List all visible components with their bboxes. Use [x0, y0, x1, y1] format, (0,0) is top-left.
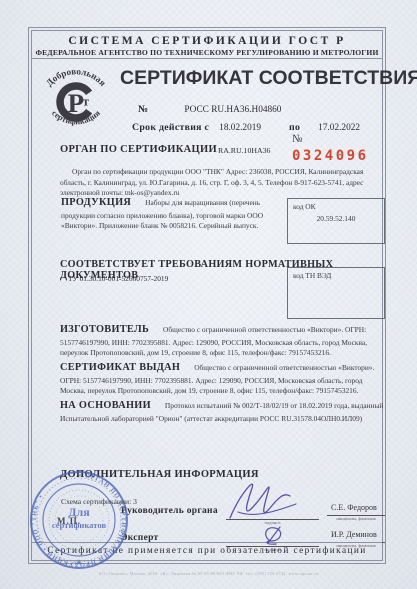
header-agency-line: ФЕДЕРАЛЬНОЕ АГЕНТСТВО ПО ТЕХНИЧЕСКОМУ РЕ…: [32, 48, 382, 57]
cert-number-row: № РОСС RU.НА36.Н04860: [138, 99, 281, 117]
round-stamp: • ОРГАН ПО СЕРТИФИКАЦИИ ПРОДУКЦИИ • ООО …: [24, 464, 134, 576]
certificate-scan: { "header": { "system": "СИСТЕМА СЕРТИФИ…: [0, 0, 417, 589]
product-label: ПРОДУКЦИЯ: [61, 197, 131, 208]
stamp-star-icon: ★: [75, 558, 82, 567]
certificate-title: СЕРТИФИКАТ СООТВЕТСТВИЯ: [120, 67, 388, 90]
stamp-center-line2: сертификатов: [52, 520, 107, 530]
head-signature-ink-icon: [212, 474, 327, 524]
code-ok-value: 20.59.52.140: [293, 214, 379, 223]
cert-number-value: РОСС RU.НА36.Н04860: [184, 105, 281, 115]
code-tnved-box: код ТН ВЭД: [287, 267, 385, 319]
valid-from-date: 18.02.2019: [219, 123, 261, 133]
form-number: № 0324096: [292, 129, 382, 165]
svg-text:Р: Р: [68, 88, 84, 118]
code-ok-label: код ОК: [293, 202, 316, 211]
basis-section: НА ОСНОВАНИИПротокол испытаний № 002/Т-1…: [60, 399, 386, 424]
product-section: ПРОДУКЦИЯНаборы для выращивания (перечен…: [61, 196, 285, 232]
header-system-line: СИСТЕМА СЕРТИФИКАЦИИ ГОСТ Р: [32, 35, 382, 47]
expert-name: И.Р. Деминов: [331, 530, 377, 539]
validity-label: Срок действия с: [132, 122, 209, 133]
expert-signature-ink-icon: [256, 523, 298, 549]
certification-scheme-note: Схема сертификации: 3: [61, 497, 137, 506]
certificate-header: СИСТЕМА СЕРТИФИКАЦИИ ГОСТ Р ФЕДЕРАЛЬНОЕ …: [32, 31, 382, 59]
issued-to-section: СЕРТИФИКАТ ВЫДАНОбщество с ограниченной …: [60, 361, 386, 397]
basis-label: НА ОСНОВАНИИ: [60, 400, 151, 411]
form-number-value: 0324096: [292, 148, 369, 164]
conformity-text: ТУ 01.30.10-001-52660757-2019: [68, 274, 168, 283]
svg-text:т: т: [83, 94, 90, 108]
code-tnved-label: код ТН ВЭД: [293, 271, 331, 280]
certification-body-label: ОРГАН ПО СЕРТИФИКАЦИИ: [60, 144, 217, 155]
head-name: С.Е. Федоров: [331, 503, 377, 512]
cert-number-label: №: [138, 104, 148, 115]
certification-body-code: RA.RU.10НА36: [218, 146, 270, 155]
rst-logo-icon: Добровольная сертификация Р т: [34, 64, 118, 140]
issued-to-label: СЕРТИФИКАТ ВЫДАН: [60, 362, 180, 373]
stamp-center-line1: Для: [68, 505, 90, 519]
form-number-sign-label: №: [292, 133, 303, 145]
code-ok-box: код ОК 20.59.52.140: [287, 198, 385, 244]
manufacturer-label: ИЗГОТОВИТЕЛЬ: [60, 324, 149, 335]
head-name-caption: инициалы, фамилия: [327, 516, 385, 521]
certification-body-text: Орган по сертификации продукции ООО "ТНК…: [60, 167, 388, 199]
head-role-label: Руководитель органа: [121, 506, 218, 516]
manufacturer-section: ИЗГОТОВИТЕЛЬОбщество с ограниченной отве…: [60, 323, 386, 359]
